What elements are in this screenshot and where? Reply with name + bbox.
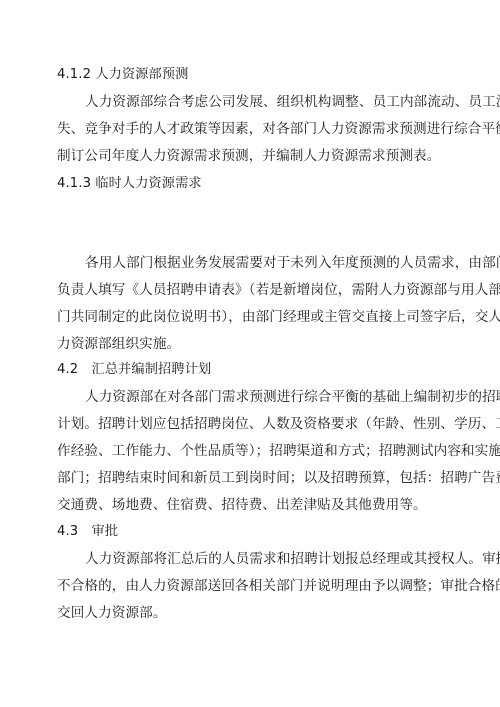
paragraph-line: 人力资源部将汇总后的人员需求和招聘计划报总经理或其授权人。审批: [85, 550, 500, 568]
paragraph-line: 作经验、工作能力、个性品质等）；招聘渠道和方式；招聘测试内容和实施: [57, 442, 500, 460]
paragraph-line: 失、竞争对手的人才政策等因素，对各部门人力资源需求预测进行综合平衡，: [57, 120, 500, 138]
section-heading: 4.3 审批: [57, 523, 118, 541]
paragraph-line: 计划。招聘计划应包括招聘岗位、人数及资格要求（年龄、性别、学历、工: [57, 415, 500, 433]
paragraph-line: 各用人部门根据业务发展需要对于未列入年度预测的人员需求，由部门: [85, 254, 500, 272]
paragraph-line: 不合格的，由人力资源部送回各相关部门并说明理由予以调整；审批合格的: [57, 577, 500, 595]
paragraph-line: 交回人力资源部。: [57, 604, 167, 622]
paragraph-line: 交通费、场地费、住宿费、招待费、出差津贴及其他费用等。: [57, 496, 427, 514]
paragraph-line: 力资源部组织实施。: [57, 335, 180, 353]
paragraph-line: 制订公司年度人力资源需求预测，并编制人力资源需求预测表。: [57, 147, 440, 165]
paragraph-line: 人力资源部在对各部门需求预测进行综合平衡的基础上编制初步的招聘: [85, 388, 500, 406]
section-heading: 4.2 汇总并编制招聘计划: [57, 361, 211, 379]
paragraph-line: 门共同制定的此岗位说明书），由部门经理或主管交直接上司签字后，交人: [57, 308, 500, 326]
paragraph-line: 部门；招聘结束时间和新员工到岗时间；以及招聘预算，包括：招聘广告费、: [57, 469, 500, 487]
section-heading: 4.1.2 人力资源部预测: [57, 66, 188, 84]
paragraph-line: 人力资源部综合考虑公司发展、组织机构调整、员工内部流动、员工流: [85, 93, 500, 111]
section-heading: 4.1.3 临时人力资源需求: [57, 175, 202, 193]
paragraph-line: 负责人填写《人员招聘申请表》（若是新增岗位，需附人力资源部与用人部: [57, 281, 500, 299]
